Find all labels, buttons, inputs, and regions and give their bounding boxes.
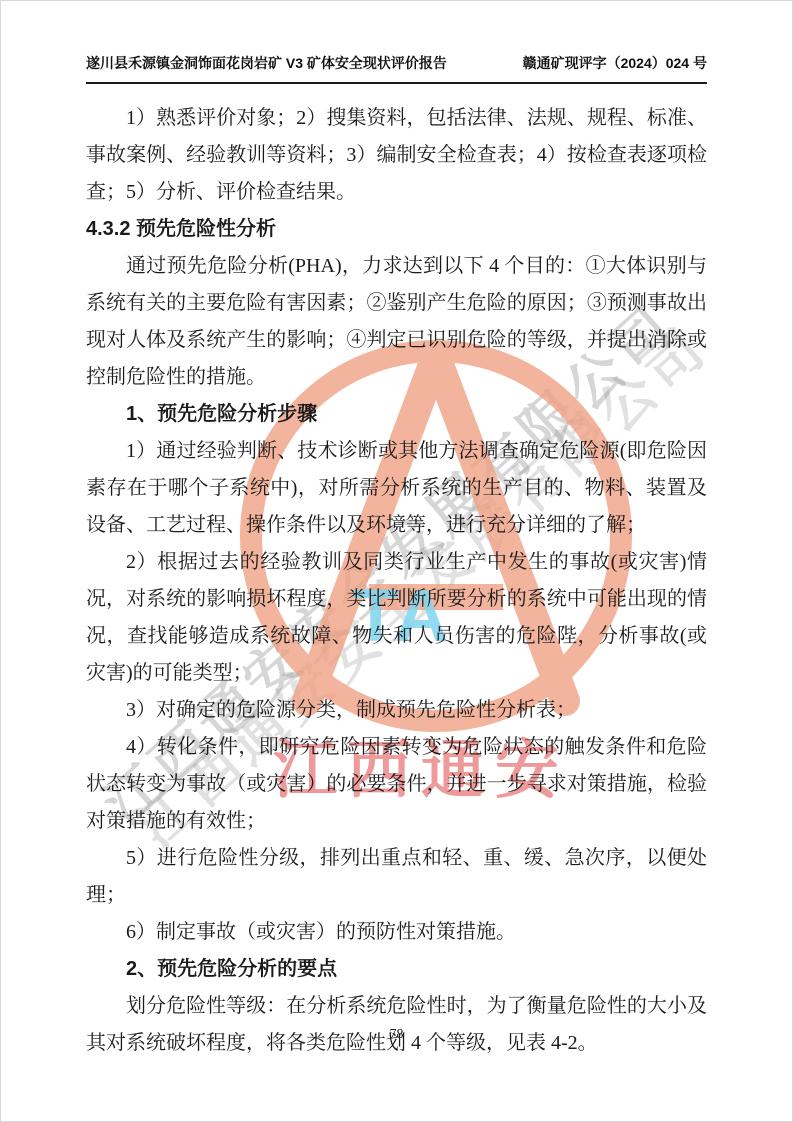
paragraph: 5）进行危险性分级，排列出重点和轻、重、缓、急次序，以便处理；: [86, 840, 707, 914]
page-number: 78: [390, 1027, 404, 1042]
header-divider: [86, 82, 707, 84]
paragraph: 2）根据过去的经验教训及同类行业生产中发生的事故(或灾害)情况，对系统的影响损坏…: [86, 544, 707, 692]
paragraph: 划分危险性等级：在分析系统危险性时，为了衡量危险性的大小及其对系统破坏程度，将各…: [86, 988, 707, 1062]
paragraph: 3）对确定的危险源分类，制成预先危险性分析表；: [86, 692, 707, 729]
section-heading: 1、预先危险分析步骤: [86, 396, 707, 433]
paragraph: 6）制定事故（或灾害）的预防性对策措施。: [86, 914, 707, 951]
page-footer: 78: [1, 1027, 792, 1043]
header-report-title: 遂川县禾源镇金洞饰面花岗岩矿 V3 矿体安全现状评价报告: [86, 53, 447, 73]
paragraph: 1）通过经验判断、技术诊断或其他方法调查确定危险源(即危险因素存在于哪个子系统中…: [86, 433, 707, 544]
section-heading: 4.3.2 预先危险性分析: [86, 211, 707, 248]
header-document-number: 赣通矿现评字（2024）024 号: [523, 53, 707, 73]
document-body: 1）熟悉评价对象；2）搜集资料，包括法律、法规、规程、标准、事故案例、经验教训等…: [86, 100, 707, 1062]
paragraph: 4）转化条件，即研究危险因素转变为危险状态的触发条件和危险状态转变为事故（或灾害…: [86, 729, 707, 840]
page-header: 遂川县禾源镇金洞饰面花岗岩矿 V3 矿体安全现状评价报告 赣通矿现评字（2024…: [86, 53, 707, 73]
paragraph: 1）熟悉评价对象；2）搜集资料，包括法律、法规、规程、标准、事故案例、经验教训等…: [86, 100, 707, 211]
section-heading: 2、预先危险分析的要点: [86, 951, 707, 988]
paragraph: 通过预先危险分析(PHA)，力求达到以下 4 个目的：①大体识别与系统有关的主要…: [86, 248, 707, 396]
document-page: 江西通安安全发展有限公司 江西通安安全发展有限公司 TA 江西通安 遂川县禾源镇…: [0, 0, 793, 1122]
